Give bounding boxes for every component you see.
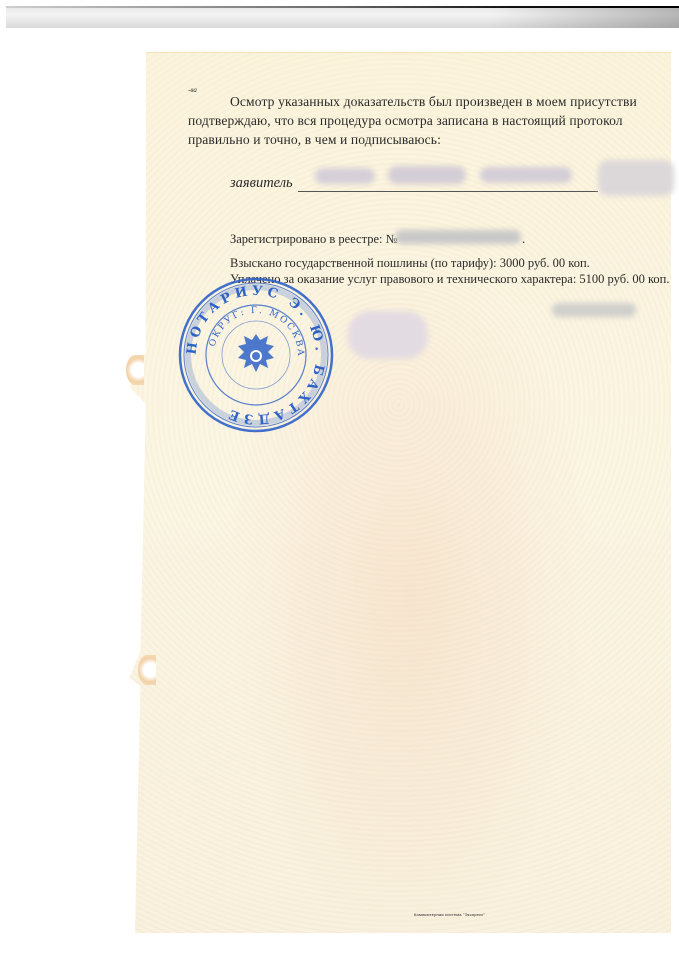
redacted-name-1 xyxy=(315,168,375,184)
border-ornament xyxy=(126,355,144,385)
notary-form-paper xyxy=(124,52,671,933)
state-duty-line: Взыскано государственной пошлины (по тар… xyxy=(230,256,590,271)
applicant-label: заявитель xyxy=(230,175,293,192)
paragraph-line-1: Осмотр указанных доказательств был произ… xyxy=(230,92,637,111)
redacted-signature xyxy=(598,160,674,196)
footer-system-note: Компьютерная система "Экспресс" xyxy=(414,912,485,917)
redacted-registry-number xyxy=(395,230,521,244)
redacted-notary-name xyxy=(552,303,636,317)
coat-of-arms-icon xyxy=(238,334,274,372)
scanner-edge xyxy=(6,6,679,28)
corner-mark: -ва xyxy=(188,86,197,94)
services-fee-line: Уплачено за оказание услуг правового и т… xyxy=(230,272,669,287)
signature-line xyxy=(298,191,598,192)
redacted-name-3 xyxy=(480,167,572,183)
paragraph-line-2: подтверждаю, что вся процедура осмотра з… xyxy=(188,111,623,130)
registry-trailing: . xyxy=(522,232,525,247)
notary-stamp: НОТАРИУС Э. Ю. БАХТАДЗЕ ОКРУГ: Г. МОСКВА xyxy=(177,276,335,434)
registry-label: Зарегистрировано в реестре: № xyxy=(230,232,398,247)
border-ornament xyxy=(138,655,156,685)
redacted-name-2 xyxy=(388,166,466,184)
paragraph-line-3: правильно и точно, в чем и подписываюсь: xyxy=(188,130,441,149)
redacted-notary-signature xyxy=(348,311,428,359)
